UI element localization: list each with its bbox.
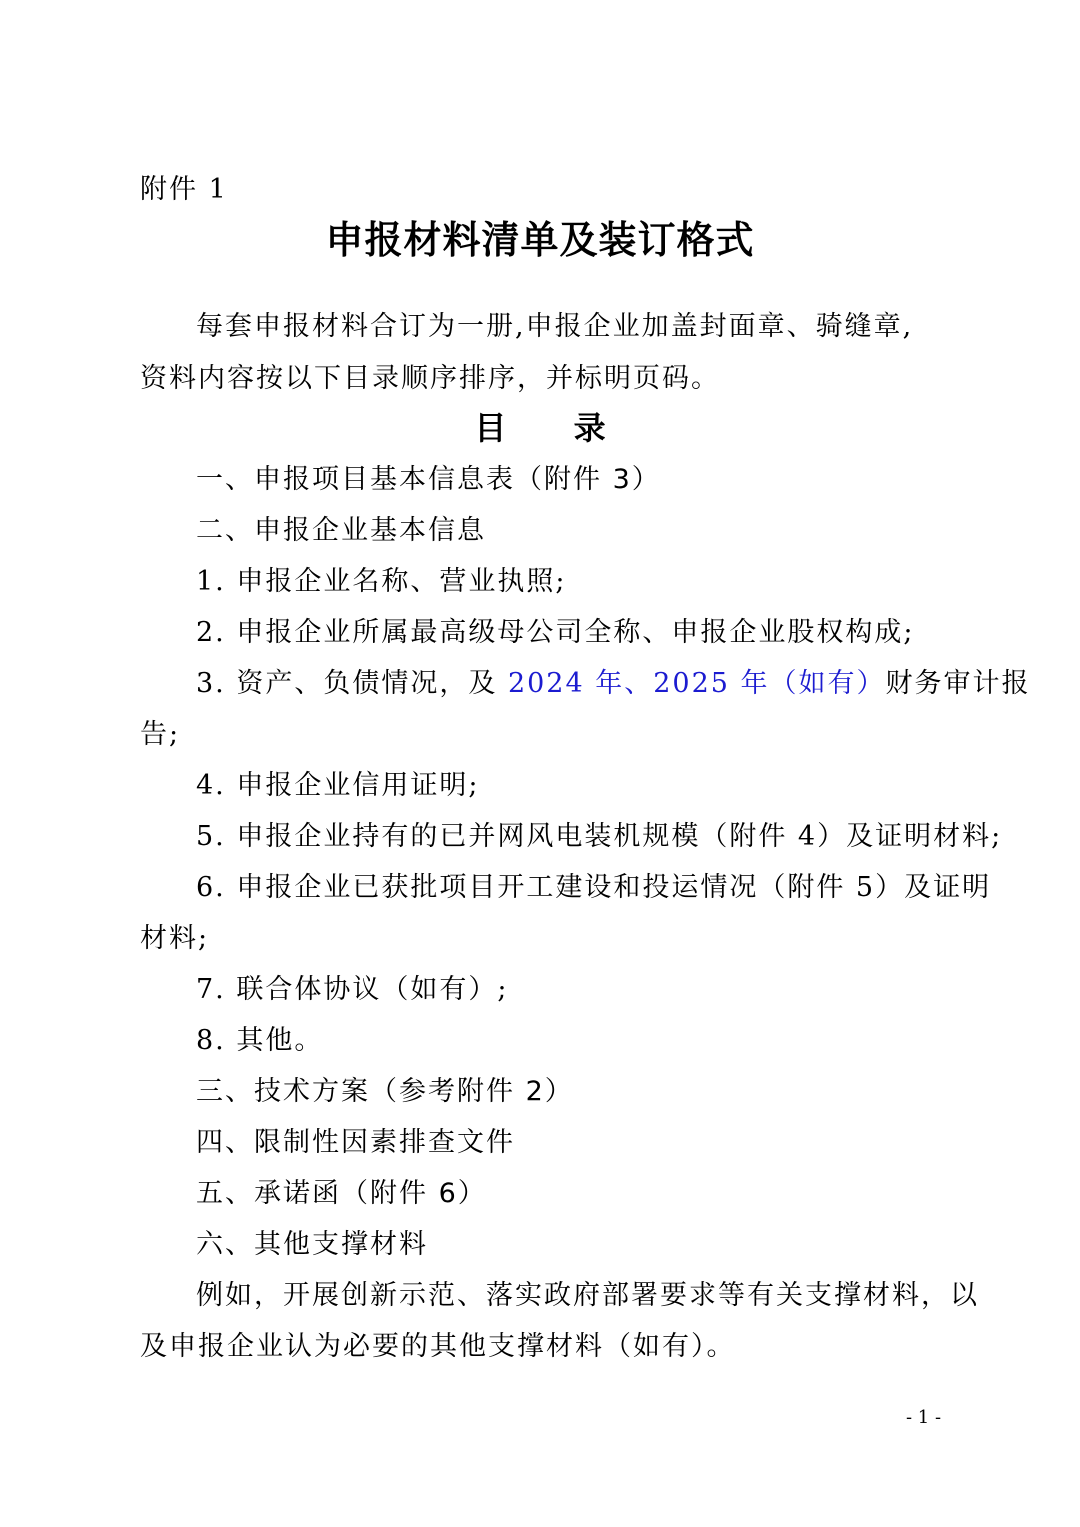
toc-item-7: 7. 联合体协议（如有）; — [196, 972, 508, 1008]
attachment-label: 附件 1 — [140, 172, 228, 208]
toc-item-3-prefix: 3. 资产、负债情况，及 — [196, 668, 508, 699]
toc-item-3: 3. 资产、负债情况，及 2024 年、2025 年（如有）财务审计报 — [196, 666, 1031, 702]
toc-item-8: 8. 其他。 — [196, 1023, 323, 1059]
section-6-heading: 六、其他支撑材料 — [196, 1227, 428, 1263]
section-3-heading: 三、技术方案（参考附件 2） — [196, 1074, 574, 1110]
intro-line-2: 资料内容按以下目录顺序排序，并标明页码。 — [140, 361, 720, 397]
document-title: 申报材料清单及装订格式 — [0, 216, 1080, 264]
toc-item-5: 5. 申报企业持有的已并网风电装机规模（附件 4）及证明材料; — [196, 819, 1002, 855]
section-2-heading: 二、申报企业基本信息 — [196, 513, 486, 549]
section-4-heading: 四、限制性因素排查文件 — [196, 1125, 515, 1161]
toc-item-2: 2. 申报企业所属最高级母公司全称、申报企业股权构成; — [196, 615, 914, 651]
section-1-heading: 一、申报项目基本信息表（附件 3） — [196, 462, 661, 498]
toc-item-3-suffix: 财务审计报 — [886, 668, 1031, 699]
section-5-heading: 五、承诺函（附件 6） — [196, 1176, 487, 1212]
other-support-line-1: 例如，开展创新示范、落实政府部署要求等有关支撑材料，以 — [196, 1278, 979, 1314]
toc-item-6-continued: 材料; — [140, 921, 209, 957]
toc-item-3-continued: 告; — [140, 717, 180, 753]
toc-item-4: 4. 申报企业信用证明; — [196, 768, 479, 804]
other-support-line-2: 及申报企业认为必要的其他支撑材料（如有）。 — [140, 1329, 736, 1365]
toc-item-6: 6. 申报企业已获批项目开工建设和投运情况（附件 5）及证明 — [196, 870, 991, 906]
toc-item-1: 1. 申报企业名称、营业执照; — [196, 564, 566, 600]
page-number: - 1 - — [906, 1407, 941, 1428]
toc-title: 目 录 — [0, 408, 1080, 448]
intro-line-1: 每套申报材料合订为一册,申报企业加盖封面章、骑缝章, — [196, 309, 913, 345]
toc-item-3-years-highlight: 2024 年、2025 年（如有） — [508, 668, 886, 699]
